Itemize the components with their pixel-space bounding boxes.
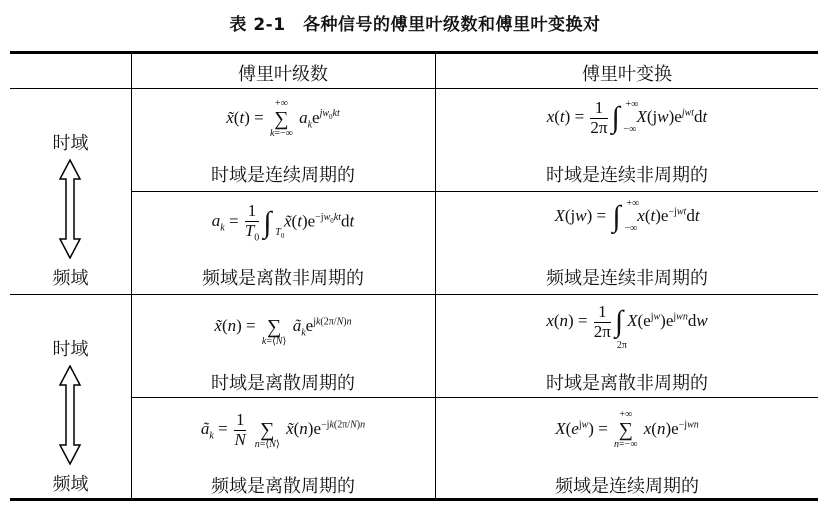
series-desc: 时域是连续周期的 [131,161,435,187]
cell-transform-analysis-dt: X(ejw) = +∞∑n=−∞ x(n)e−jwn 频域是连续周期的 [436,398,818,498]
table-title: 表 2-1 各种信号的傅里叶级数和傅里叶变换对 [0,10,830,35]
frequency-domain-label: 频域 [10,264,131,290]
cell-transform-synthesis-dt: x(n) = 12π∫2πX(ejw)ejwndw 时域是离散非周期的 [436,295,818,397]
double-arrow-icon [58,159,82,259]
series-desc: 频域是离散周期的 [131,472,435,498]
formula-dt-ft-inverse: x(n) = 12π∫2πX(ejw)ejwndw [436,303,818,341]
side-label-continuous: 时域 频域 [10,89,131,294]
frequency-domain-label: 频域 [10,470,131,496]
cell-series-analysis-ct: ak = 1T0∫T0 x̃(t)e−jw0ktdt 频域是离散非周期的 [131,192,435,294]
cell-transform-synthesis-ct: x(t) = 12π∫+∞−∞ X(jw)ejwtdt 时域是连续非周期的 [436,89,818,191]
time-domain-label: 时域 [10,129,131,155]
cell-series-analysis-dt: ãk = 1N ∑n=⟨N⟩ x̃(n)e−jk(2π/N)n 频域是离散周期的 [131,398,435,498]
series-desc: 频域是离散非周期的 [131,264,435,290]
transform-desc: 频域是连续周期的 [436,472,818,498]
formula-ct-ft-inverse: x(t) = 12π∫+∞−∞ X(jw)ejwtdt [436,99,818,137]
cell-series-synthesis-ct: x̃(t) = +∞∑k=−∞ akejw0kt 时域是连续周期的 [131,89,435,191]
cell-series-synthesis-dt: x̃(n) = ∑k=⟨N⟩ ãkejk(2π/N)n 时域是离散周期的 [131,295,435,397]
double-arrow-icon [58,365,82,465]
header-fourier-transform: 傅里叶变换 [436,60,818,86]
cell-transform-analysis-ct: X(jw) = ∫+∞−∞ x(t)e−jwtdt 频域是连续非周期的 [436,192,818,294]
transform-desc: 时域是离散非周期的 [436,369,818,395]
formula-dt-fs-analysis: ãk = 1N ∑n=⟨N⟩ x̃(n)e−jk(2π/N)n [131,410,435,450]
formula-dt-ft-forward: X(ejw) = +∞∑n=−∞ x(n)e−jwn [436,410,818,450]
formula-ct-fs-analysis: ak = 1T0∫T0 x̃(t)e−jw0ktdt [131,202,435,243]
transform-desc: 时域是连续非周期的 [436,161,818,187]
transform-desc: 频域是连续非周期的 [436,264,818,290]
formula-ct-fs-synthesis: x̃(t) = +∞∑k=−∞ akejw0kt [131,99,435,139]
formula-dt-fs-synthesis: x̃(n) = ∑k=⟨N⟩ ãkejk(2π/N)n [131,307,435,347]
time-domain-label: 时域 [10,335,131,361]
formula-ct-ft-forward: X(jw) = ∫+∞−∞ x(t)e−jwtdt [436,202,818,232]
side-label-discrete: 时域 频域 [10,295,131,498]
header-fourier-series: 傅里叶级数 [131,60,435,86]
series-desc: 时域是离散周期的 [131,369,435,395]
